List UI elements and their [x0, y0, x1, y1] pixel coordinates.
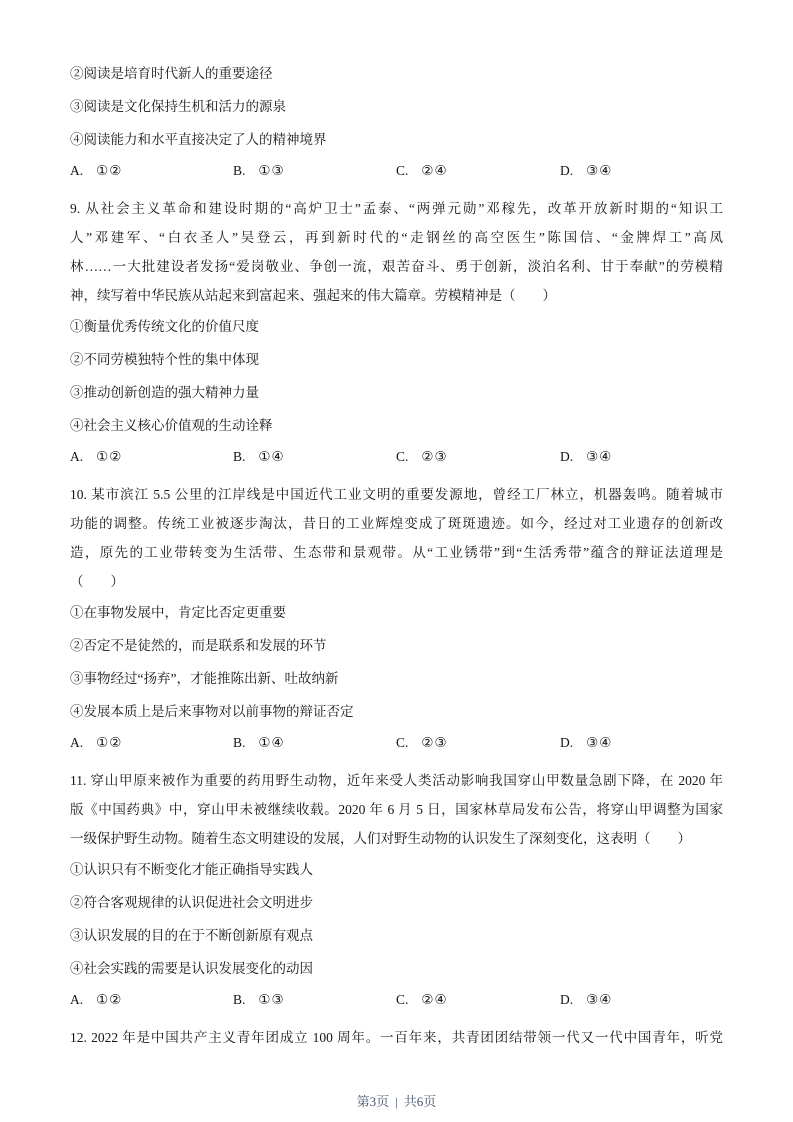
choice-label: B. — [233, 985, 245, 1015]
choice-label: D. — [560, 728, 573, 758]
question-8-choices-row: A. ①② B. ①③ C. ②④ D. ③④ — [70, 156, 723, 186]
question-12-stem-line: 12. 2022 年是中国共产主义青年团成立 100 周年。一百年来，共青团团结… — [70, 1023, 723, 1052]
choice-value: ①② — [96, 442, 122, 472]
choice-label: B. — [233, 156, 245, 186]
question-8-choice-c: C. ②④ — [396, 156, 560, 186]
choice-label: C. — [396, 156, 408, 186]
question-8-choice-a: A. ①② — [70, 156, 233, 186]
question-9-option-2: ②不同劳模独特个性的集中体现 — [70, 343, 723, 376]
question-9-stem-line: 9. 从社会主义革命和建设时期的“高炉卫士”孟泰、“两弹元勋”邓稼先，改革开放新… — [70, 194, 723, 223]
question-9-stem-line: 林……一大批建设者发扬“爱岗敬业、争创一流，艰苦奋斗、勇于创新，淡泊名利、甘于奉… — [70, 252, 723, 281]
question-10-choice-a: A. ①② — [70, 728, 233, 758]
question-10-choices-row: A. ①② B. ①④ C. ②③ D. ③④ — [70, 728, 723, 758]
question-11-choice-d: D. ③④ — [560, 985, 723, 1015]
question-10-option-2: ②否定不是徒然的，而是联系和发展的环节 — [70, 629, 723, 662]
footer-separator: | — [395, 1094, 398, 1109]
question-10-choice-d: D. ③④ — [560, 728, 723, 758]
question-11-option-3: ③认识发展的目的在于不断创新原有观点 — [70, 919, 723, 952]
choice-value: ③④ — [586, 985, 612, 1015]
question-11-stem-line: 一级保护野生动物。随着生态文明建设的发展，人们对野生动物的认识发生了深刻变化，这… — [70, 824, 723, 853]
choice-label: D. — [560, 156, 573, 186]
choice-value: ③④ — [586, 728, 612, 758]
choice-value: ②④ — [421, 985, 447, 1015]
choice-value: ③④ — [586, 156, 612, 186]
question-12-block: 12. 2022 年是中国共产主义青年团成立 100 周年。一百年来，共青团团结… — [70, 1023, 723, 1052]
question-10-option-1: ①在事物发展中，肯定比否定更重要 — [70, 596, 723, 629]
question-11-block: 11. 穿山甲原来被作为重要的药用野生动物，近年来受人类活动影响我国穿山甲数量急… — [70, 766, 723, 1015]
question-9-option-3: ③推动创新创造的强大精神力量 — [70, 376, 723, 409]
choice-label: A. — [70, 985, 83, 1015]
choice-value: ②③ — [421, 728, 447, 758]
choice-label: A. — [70, 156, 83, 186]
choice-value: ②④ — [421, 156, 447, 186]
question-9-choice-c: C. ②③ — [396, 442, 560, 472]
question-10-option-4: ④发展本质上是后来事物对以前事物的辩证否定 — [70, 695, 723, 728]
question-9-block: 9. 从社会主义革命和建设时期的“高炉卫士”孟泰、“两弹元勋”邓稼先，改革开放新… — [70, 194, 723, 472]
choice-value: ①② — [96, 156, 122, 186]
question-9-choice-a: A. ①② — [70, 442, 233, 472]
footer-total-pages: 共6页 — [404, 1094, 437, 1109]
choice-value: ①② — [96, 728, 122, 758]
footer-page-number: 第3页 — [357, 1094, 390, 1109]
question-8-choice-d: D. ③④ — [560, 156, 723, 186]
page-content: ②阅读是培育时代新人的重要途径 ③阅读是文化保持生机和活力的源泉 ④阅读能力和水… — [70, 57, 723, 1052]
question-10-option-3: ③事物经过“扬弃”，才能推陈出新、吐故纳新 — [70, 662, 723, 695]
question-8-option-3: ③阅读是文化保持生机和活力的源泉 — [70, 90, 723, 123]
footer-page-indicator: 第3页|共6页 — [0, 1091, 793, 1110]
choice-value: ①④ — [258, 728, 284, 758]
question-11-stem-line: 版《中国药典》中，穿山甲未被继续收载。2020 年 6 月 5 日，国家林草局发… — [70, 795, 723, 824]
choice-label: D. — [560, 442, 573, 472]
question-10-stem-line: 功能的调整。传统工业被逐步淘汰，昔日的工业辉煌变成了斑斑遗迹。如今，经过对工业遗… — [70, 509, 723, 538]
question-11-choice-c: C. ②④ — [396, 985, 560, 1015]
question-10-block: 10. 某市滨江 5.5 公里的江岸线是中国近代工业文明的重要发源地，曾经工厂林… — [70, 480, 723, 758]
question-9-choices-row: A. ①② B. ①④ C. ②③ D. ③④ — [70, 442, 723, 472]
question-11-stem-line: 11. 穿山甲原来被作为重要的药用野生动物，近年来受人类活动影响我国穿山甲数量急… — [70, 766, 723, 795]
question-11-choice-b: B. ①③ — [233, 985, 396, 1015]
question-11-choices-row: A. ①② B. ①③ C. ②④ D. ③④ — [70, 985, 723, 1015]
question-9-option-4: ④社会主义核心价值观的生动诠释 — [70, 409, 723, 442]
question-9-option-1: ①衡量优秀传统文化的价值尺度 — [70, 310, 723, 343]
question-11-option-4: ④社会实践的需要是认识发展变化的动因 — [70, 952, 723, 985]
question-11-choice-a: A. ①② — [70, 985, 233, 1015]
question-10-choice-b: B. ①④ — [233, 728, 396, 758]
choice-label: A. — [70, 728, 83, 758]
choice-label: A. — [70, 442, 83, 472]
question-8-choice-b: B. ①③ — [233, 156, 396, 186]
question-10-stem-line: 10. 某市滨江 5.5 公里的江岸线是中国近代工业文明的重要发源地，曾经工厂林… — [70, 480, 723, 509]
choice-value: ①④ — [258, 442, 284, 472]
question-9-choice-b: B. ①④ — [233, 442, 396, 472]
choice-value: ①③ — [258, 156, 284, 186]
choice-label: C. — [396, 442, 408, 472]
question-8-option-2: ②阅读是培育时代新人的重要途径 — [70, 57, 723, 90]
choice-label: B. — [233, 442, 245, 472]
choice-label: B. — [233, 728, 245, 758]
choice-label: C. — [396, 728, 408, 758]
exam-document-page: ②阅读是培育时代新人的重要途径 ③阅读是文化保持生机和活力的源泉 ④阅读能力和水… — [0, 0, 793, 1122]
question-8-option-4: ④阅读能力和水平直接决定了人的精神境界 — [70, 123, 723, 156]
question-10-stem-line: （ ） — [70, 567, 723, 596]
question-9-stem-line: 人”邓建军、“白衣圣人”吴登云，再到新时代的“走钢丝的高空医生”陈国信、“金牌焊… — [70, 223, 723, 252]
choice-value: ②③ — [421, 442, 447, 472]
question-11-option-2: ②符合客观规律的认识促进社会文明进步 — [70, 886, 723, 919]
question-8-block: ②阅读是培育时代新人的重要途径 ③阅读是文化保持生机和活力的源泉 ④阅读能力和水… — [70, 57, 723, 186]
choice-value: ①③ — [258, 985, 284, 1015]
question-9-stem-line: 神，续写着中华民族从站起来到富起来、强起来的伟大篇章。劳模精神是（ ） — [70, 281, 723, 310]
question-11-option-1: ①认识只有不断变化才能正确指导实践人 — [70, 853, 723, 886]
question-10-choice-c: C. ②③ — [396, 728, 560, 758]
choice-label: C. — [396, 985, 408, 1015]
question-9-choice-d: D. ③④ — [560, 442, 723, 472]
choice-value: ①② — [96, 985, 122, 1015]
choice-value: ③④ — [586, 442, 612, 472]
choice-label: D. — [560, 985, 573, 1015]
question-10-stem-line: 造，原先的工业带转变为生活带、生态带和景观带。从“工业锈带”到“生活秀带”蕴含的… — [70, 538, 723, 567]
